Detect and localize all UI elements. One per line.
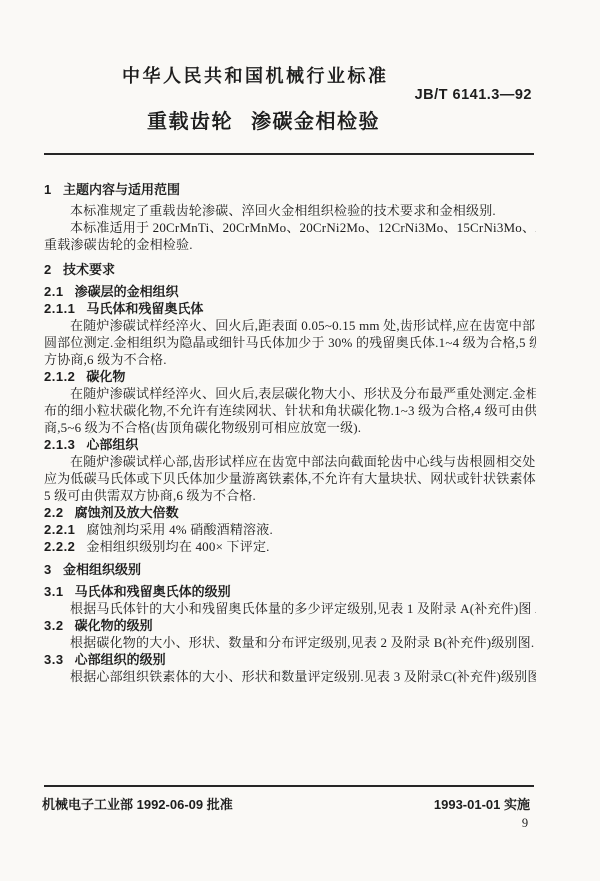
para-applicability-line: 本标准适用于 20CrMnTi、20CrMnMo、20CrNi2Mo、12CrN…	[44, 219, 536, 236]
para-carbide-line: 在随炉渗碳试样经淬火、回火后,表层碳化物大小、形状及分布最严重处测定.金相组织应…	[44, 385, 536, 402]
para-carbide-line: 布的细小粒状碳化物,不允许有连续网状、针状和角状碳化物.1~3 级为合格,4 级…	[44, 402, 536, 419]
heading-number: 2.2	[44, 504, 64, 521]
heading-section-2-1-3: 2.1.3心部组织	[44, 436, 536, 453]
heading-section-3-3: 3.3心部组织的级别	[44, 651, 536, 668]
clause-magnification: 2.2.2金相组织级别均在 400× 下评定.	[44, 538, 536, 555]
heading-number: 2.1.3	[44, 436, 75, 453]
heading-section-1: 1主题内容与适用范围	[44, 181, 536, 198]
para-applicability-line: 重载渗碳齿轮的金相检验.	[44, 236, 536, 253]
clause-text: 腐蚀剂均采用 4% 硝酸酒精溶液.	[86, 522, 272, 537]
heading-number: 3.2	[44, 617, 64, 634]
document-title-part2: 渗碳金相检验	[251, 111, 380, 133]
para-carbide-rating-line: 根据碳化物的大小、形状、数量和分布评定级别,见表 2 及附录 B(补充件)级别图…	[44, 634, 536, 651]
implementation-notice: 1993-01-01 实施	[434, 794, 530, 813]
heading-text: 马氏体和残留奥氏体的级别	[75, 584, 231, 599]
para-core-line: 5 级可由供需双方协商,6 级为不合格.	[44, 487, 536, 504]
heading-text: 金相组织级别	[63, 562, 141, 577]
clause-etchant: 2.2.1腐蚀剂均采用 4% 硝酸酒精溶液.	[44, 521, 536, 538]
heading-text: 马氏体和残留奥氏体	[86, 301, 203, 316]
heading-number: 1	[44, 181, 52, 198]
heading-section-3-2: 3.2碳化物的级别	[44, 617, 536, 634]
heading-section-2-1: 2.1渗碳层的金相组织	[44, 283, 536, 300]
heading-section-2-1-2: 2.1.2碳化物	[44, 368, 536, 385]
para-martensite-line: 在随炉渗碳试样经淬火、回火后,距表面 0.05~0.15 mm 处,齿形试样,应…	[44, 317, 536, 334]
heading-number: 3.3	[44, 651, 64, 668]
document-title: 重载齿轮渗碳金相检验	[147, 105, 380, 134]
clause-text: 金相组织级别均在 400× 下评定.	[86, 539, 269, 554]
para-scope-line: 本标准规定了重载齿轮渗碳、淬回火金相组织检验的技术要求和金相级别.	[44, 202, 536, 219]
heading-text: 心部组织	[86, 437, 138, 452]
heading-number: 2.1	[44, 283, 64, 300]
heading-number: 2.1.2	[44, 368, 75, 385]
heading-text: 主题内容与适用范围	[63, 182, 180, 197]
clause-number: 2.2.2	[44, 539, 75, 554]
document-title-part1: 重载齿轮	[147, 111, 233, 133]
approval-notice: 机械电子工业部 1992-06-09 批准	[42, 794, 233, 813]
standard-number: JB/T 6141.3—92	[415, 87, 532, 103]
issuing-org-title: 中华人民共和国机械行业标准	[122, 62, 389, 88]
heading-section-2: 2技术要求	[44, 261, 536, 278]
heading-text: 渗碳层的金相组织	[75, 284, 179, 299]
para-martensite-line: 圆部位测定.金相组织为隐晶或细针马氏体加少于 30% 的残留奥氏体.1~4 级为…	[44, 334, 536, 351]
header-rule	[44, 153, 534, 155]
para-core-line: 应为低碳马氏体或下贝氏体加少量游离铁素体,不允许有大量块状、网状或针状铁素体.1…	[44, 470, 536, 487]
para-martensite-rating-line: 根据马氏体针的大小和残留奥氏体量的多少评定级别,见表 1 及附录 A(补充件)图…	[44, 600, 536, 617]
clause-number: 2.2.1	[44, 522, 75, 537]
heading-number: 2	[44, 261, 52, 278]
page-number: 9	[517, 816, 533, 831]
heading-text: 腐蚀剂及放大倍数	[75, 505, 179, 520]
heading-section-3: 3金相组织级别	[44, 561, 536, 578]
heading-section-2-1-1: 2.1.1马氏体和残留奥氏体	[44, 300, 536, 317]
heading-section-2-2: 2.2腐蚀剂及放大倍数	[44, 504, 536, 521]
heading-text: 心部组织的级别	[75, 652, 166, 667]
footer-rule	[44, 785, 534, 787]
heading-number: 3	[44, 561, 52, 578]
heading-number: 3.1	[44, 583, 64, 600]
heading-text: 碳化物	[86, 369, 125, 384]
heading-number: 2.1.1	[44, 300, 75, 317]
heading-section-3-1: 3.1马氏体和残留奥氏体的级别	[44, 583, 536, 600]
heading-text: 技术要求	[63, 262, 115, 277]
para-martensite-line: 方协商,6 级为不合格.	[44, 351, 536, 368]
standard-document-page: 中华人民共和国机械行业标准 JB/T 6141.3—92 重载齿轮渗碳金相检验 …	[0, 0, 600, 881]
para-carbide-line: 商,5~6 级为不合格(齿顶角碳化物级别可相应放宽一级).	[44, 419, 536, 436]
para-core-line: 在随炉渗碳试样心部,齿形试样应在齿宽中部法向截面轮齿中心线与齿根圆相交处测定.金…	[44, 453, 536, 470]
para-core-rating-line: 根据心部组织铁素体的大小、形状和数量评定级别.见表 3 及附录C(补充件)级别图…	[44, 668, 536, 685]
heading-text: 碳化物的级别	[75, 618, 153, 633]
document-body: 1主题内容与适用范围 本标准规定了重载齿轮渗碳、淬回火金相组织检验的技术要求和金…	[44, 181, 536, 685]
